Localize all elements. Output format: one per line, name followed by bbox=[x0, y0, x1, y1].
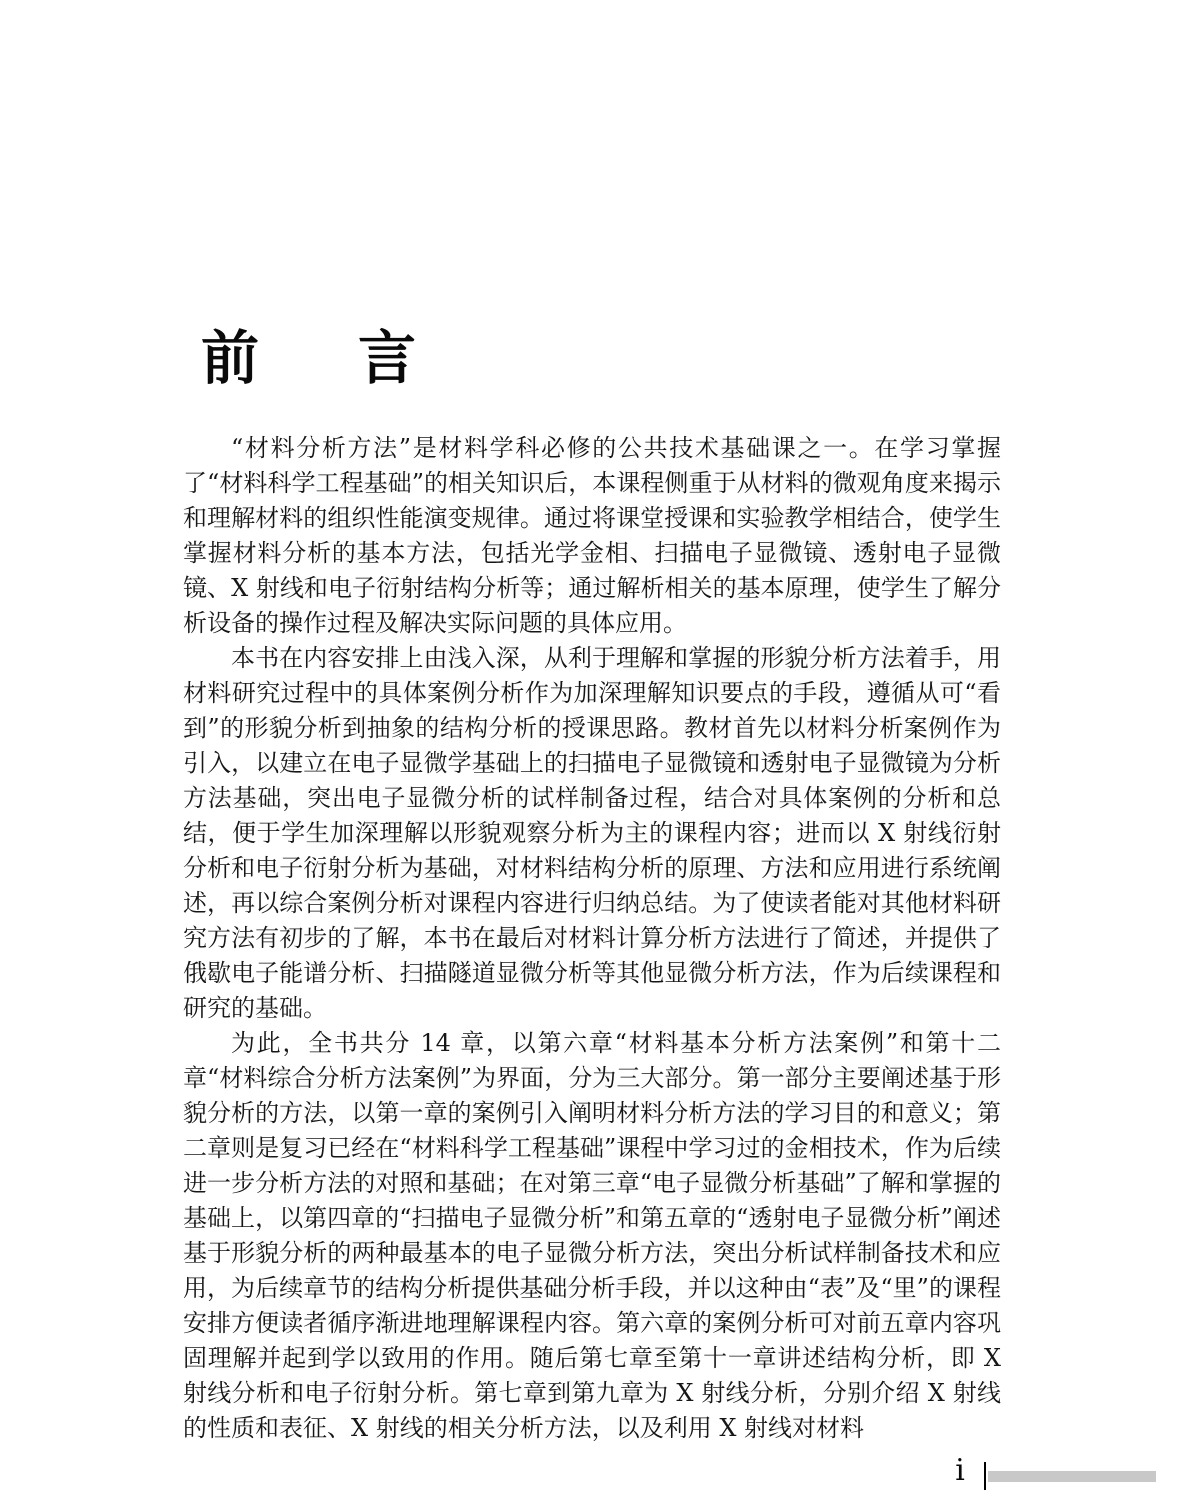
preface-paragraph-1: “材料分析方法”是材料学科必修的公共技术基础课之一。在学习掌握了“材料科学工程基… bbox=[183, 431, 1001, 641]
page-title-char-2: 言 bbox=[358, 329, 416, 387]
preface-paragraph-3: 为此，全书共分 14 章，以第六章“材料基本分析方法案例”和第十二章“材料综合分… bbox=[183, 1026, 1001, 1446]
footer-decoration-bar bbox=[988, 1471, 1156, 1482]
page-title-char-1: 前 bbox=[201, 329, 259, 387]
page-title: 前 言 bbox=[201, 329, 416, 387]
page-number: i bbox=[948, 1454, 972, 1488]
preface-body: “材料分析方法”是材料学科必修的公共技术基础课之一。在学习掌握了“材料科学工程基… bbox=[183, 431, 1001, 1446]
page-footer: i bbox=[0, 1452, 1177, 1497]
footer-vertical-rule bbox=[984, 1462, 986, 1490]
preface-page: 前 言 “材料分析方法”是材料学科必修的公共技术基础课之一。在学习掌握了“材料科… bbox=[0, 0, 1177, 1511]
preface-paragraph-2: 本书在内容安排上由浅入深，从利于理解和掌握的形貌分析方法着手，用材料研究过程中的… bbox=[183, 641, 1001, 1026]
